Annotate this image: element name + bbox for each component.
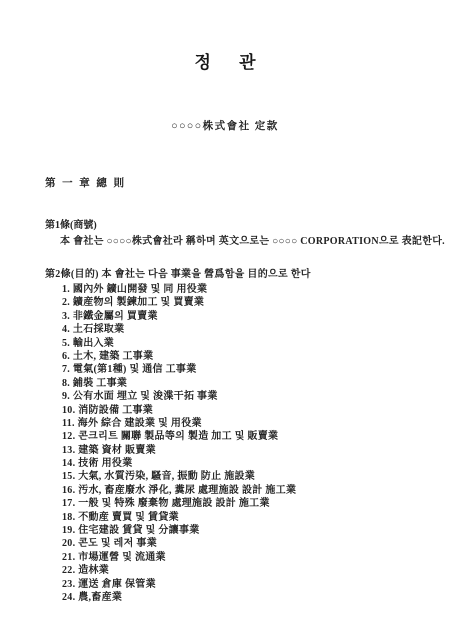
purpose-item: 16. 汚水, 畜産廢水 淨化, 糞尿 處理施設 設計 施工業 [62,484,450,497]
document-title: 정 관 [0,0,450,73]
purpose-list: 1. 國內外 鑛山開發 및 同 用役業 2. 鑛産物의 製鍊加工 및 買賣業 3… [0,280,450,604]
article2-heading: 第2條(目的) 本 會社는 다음 事業을 營爲함을 目的으로 한다 [0,248,450,280]
purpose-item: 21. 市場運營 및 流通業 [62,551,450,564]
purpose-item: 2. 鑛産物의 製鍊加工 및 買賣業 [62,296,450,309]
article1-body: 本 會社는 ○○○○株式會社라 稱하며 英文으로는 ○○○○ CORPORATI… [0,231,450,248]
purpose-item: 13. 建築 資材 販賣業 [62,444,450,457]
purpose-item: 23. 運送 倉庫 保管業 [62,578,450,591]
purpose-item: 12. 콘크리트 關聯 製品等의 製造 加工 및 販賣業 [62,430,450,443]
purpose-item: 20. 콘도 및 레저 事業 [62,537,450,550]
purpose-item: 14. 技術 用役業 [62,457,450,470]
purpose-item: 11. 海外 綜合 建設業 및 用役業 [62,417,450,430]
purpose-item: 8. 鋪裝 工事業 [62,377,450,390]
document-page: 정 관 ○○○○株式會社 定款 第 一 章 總 則 第1條(商號) 本 會社는 … [0,0,450,636]
purpose-item: 5. 輸出入業 [62,337,450,350]
purpose-item: 1. 國內外 鑛山開發 및 同 用役業 [62,283,450,296]
purpose-item: 9. 公有水面 埋立 및 浚渫干拓 事業 [62,390,450,403]
purpose-item: 18. 不動産 賣買 및 賃貸業 [62,511,450,524]
purpose-item: 3. 非鐵金屬의 買賣業 [62,310,450,323]
purpose-item: 19. 住宅建設 賃貸 및 分讓事業 [62,524,450,537]
purpose-item: 17. 一般 및 特殊 廢棄物 處理施設 設計 施工業 [62,497,450,510]
chapter-heading: 第 一 章 總 則 [0,133,450,190]
article1-heading: 第1條(商號) [0,190,450,231]
purpose-item: 22. 造林業 [62,564,450,577]
purpose-item: 15. 大氣, 水質汚染, 騷音, 振動 防止 施設業 [62,470,450,483]
company-subtitle: ○○○○株式會社 定款 [0,73,450,133]
purpose-item: 4. 土石採取業 [62,323,450,336]
purpose-item: 24. 農,畜産業 [62,591,450,604]
purpose-item: 10. 消防設備 工事業 [62,404,450,417]
purpose-item: 6. 土木, 建築 工事業 [62,350,450,363]
purpose-item: 7. 電氣(第1種) 및 通信 工事業 [62,363,450,376]
